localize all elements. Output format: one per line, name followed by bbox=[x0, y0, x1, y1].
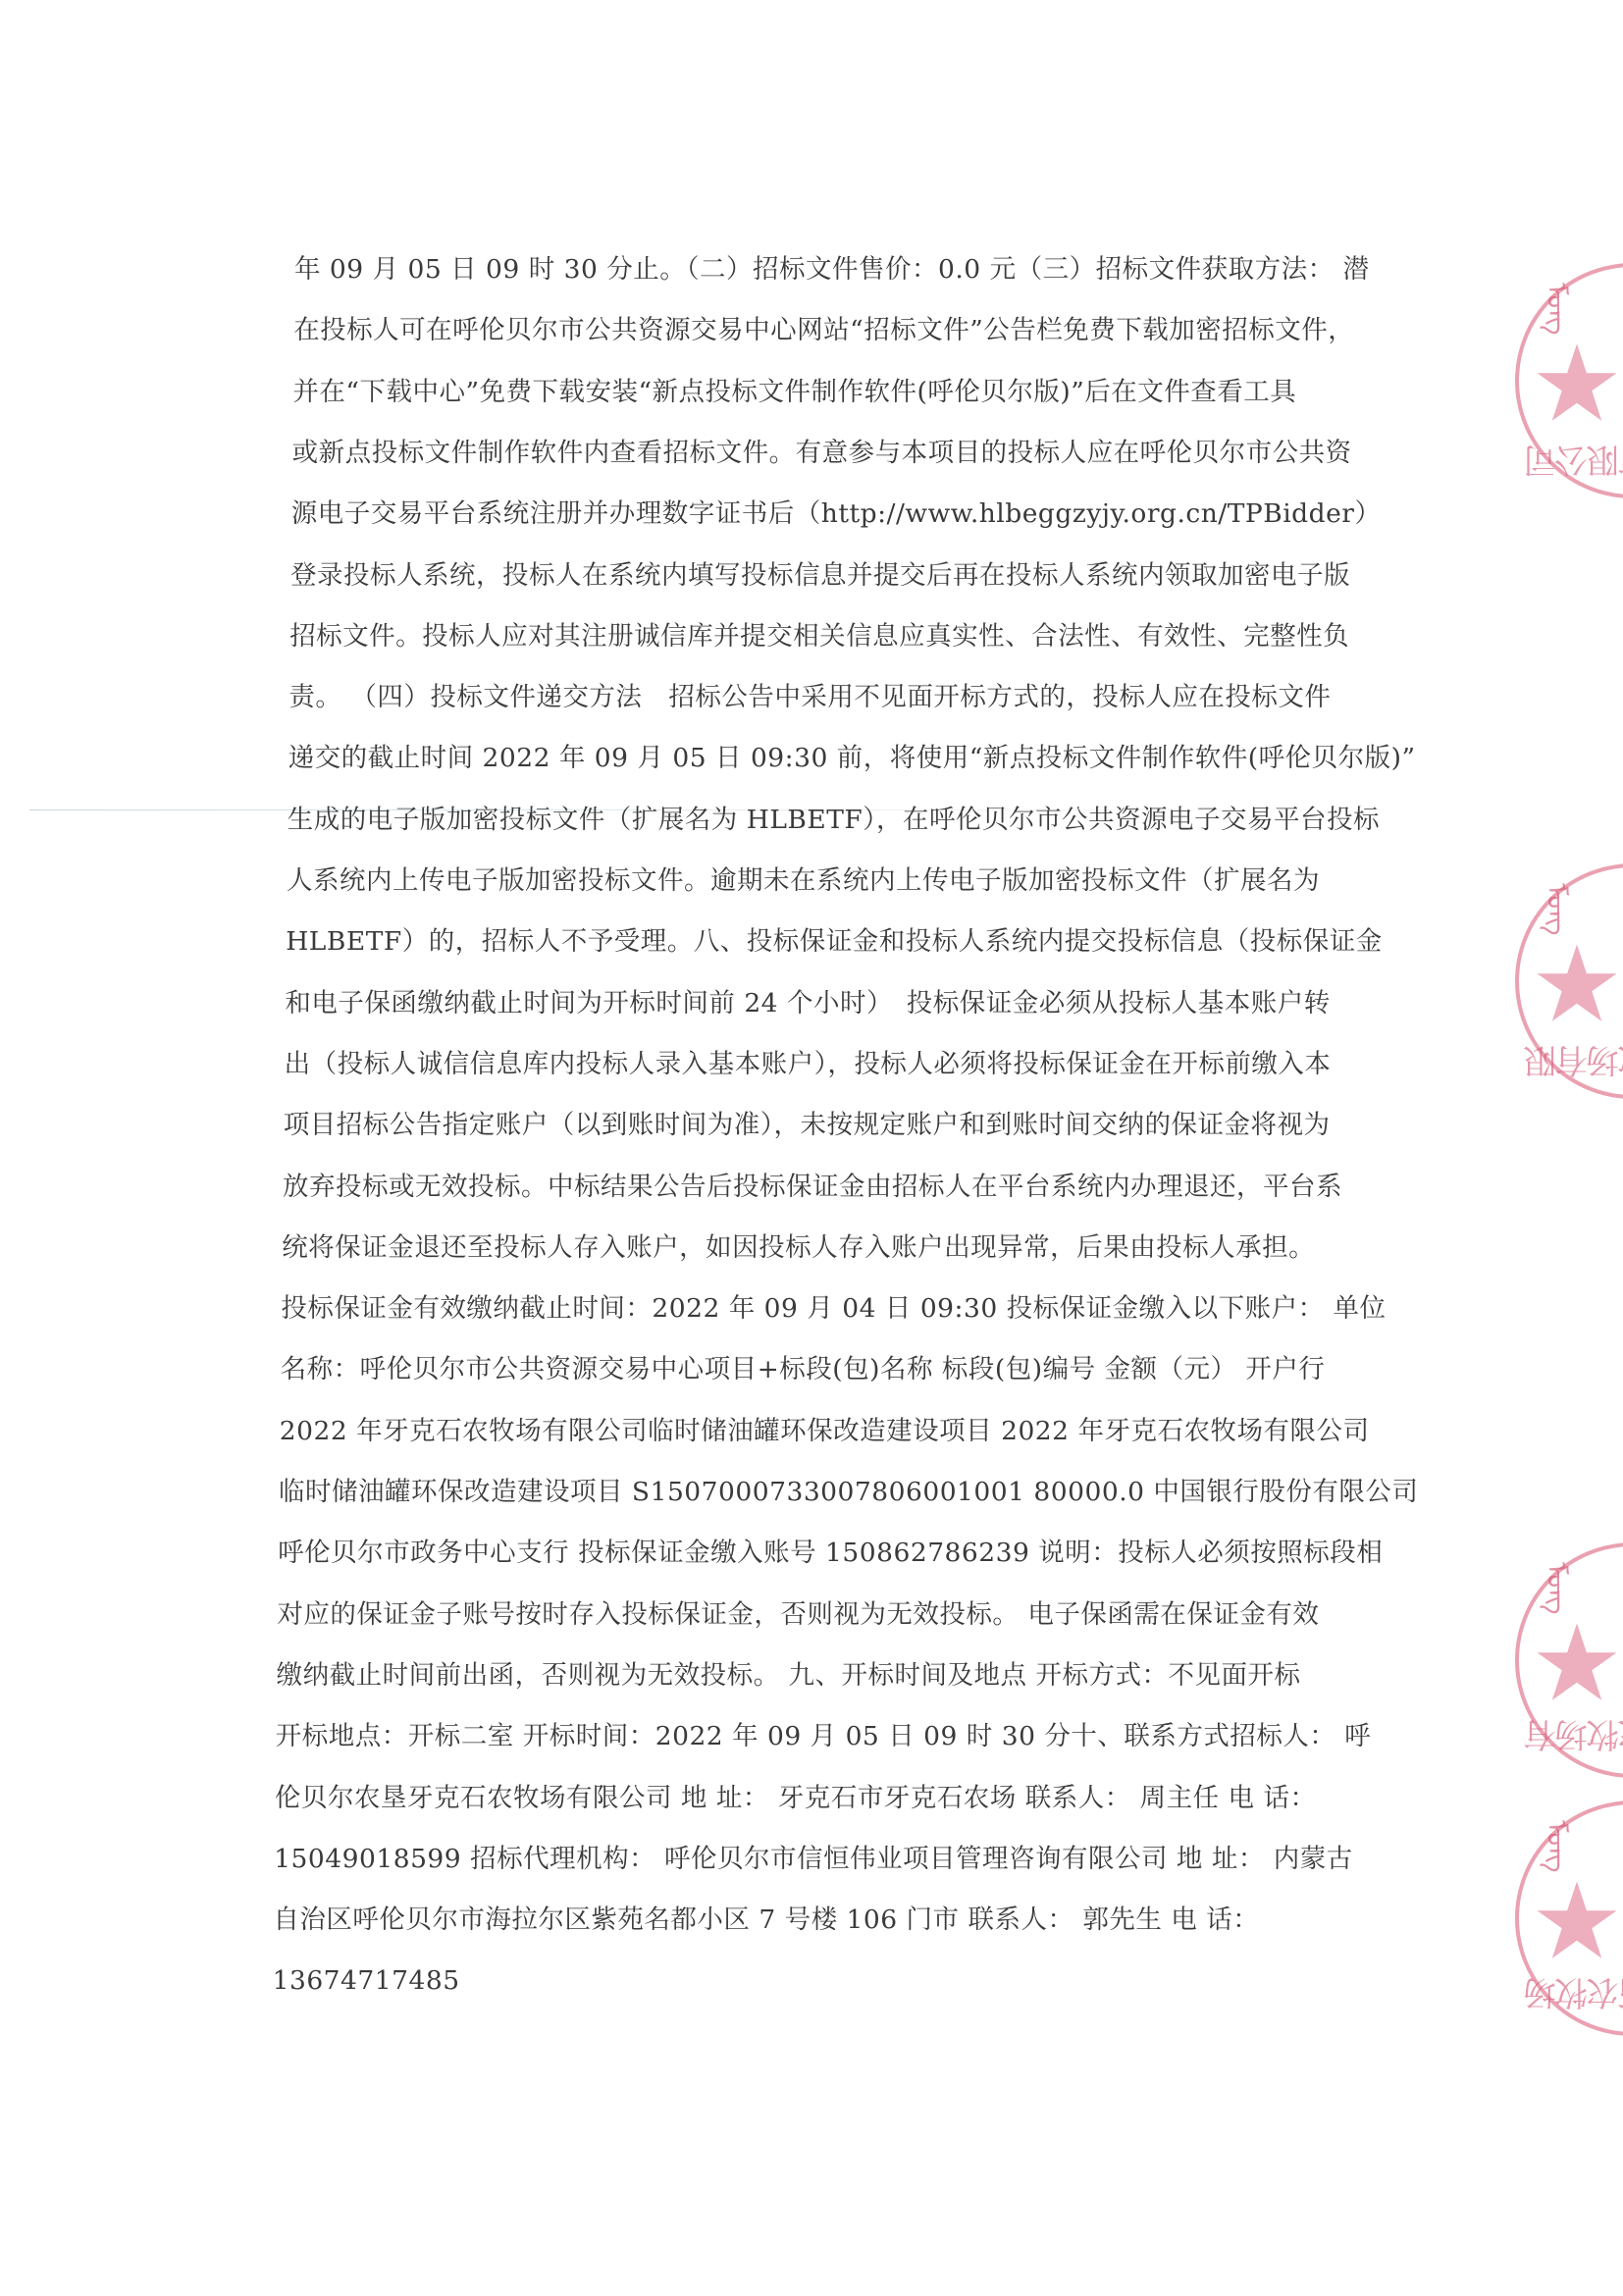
text-line: 投标保证金有效缴纳截止时间：2022 年 09 月 04 日 09:30 投标保… bbox=[281, 1294, 1386, 1324]
text-line: 伦贝尔农垦牙克石农牧场有限公司 地 址： 牙克石市牙克石农场 联系人： 周主任 … bbox=[275, 1784, 1316, 1813]
text-line: 自治区呼伦贝尔市海拉尔区紫苑名都小区 7 号楼 106 门市 联系人： 郭先生 … bbox=[273, 1905, 1259, 1935]
text-line: 年 09 月 05 日 09 时 30 分止。（二）招标文件售价：0.0 元（三… bbox=[294, 255, 1370, 285]
seal-fragment-3: ᠮᠣᠩ 农牧场有 bbox=[1515, 1542, 1623, 1783]
text-line: 责。 （四）投标文件递交方法 招标公告中采用不见面开标方式的，投标人应在投标文件 bbox=[288, 683, 1331, 712]
text-line: 递交的截止时间 2022 年 09 月 05 日 09:30 前，将使用“新点投… bbox=[288, 744, 1416, 773]
text-line: 出（投标人诚信信息库内投标人录入基本账户），投标人必须将投标保证金在开标前缴入本 bbox=[285, 1050, 1332, 1079]
seal-text: 牧场有限 bbox=[1525, 1039, 1623, 1087]
text-line: 在投标人可在呼伦贝尔市公共资源交易中心网站“招标文件”公告栏免费下载加密招标文件… bbox=[293, 316, 1354, 345]
text-line: 并在“下载中心”免费下载安装“新点投标文件制作软件(呼伦贝尔版)”后在文件查看工… bbox=[292, 378, 1296, 407]
text-line: 13674717485 bbox=[273, 1966, 460, 1996]
text-line: 统将保证金退还至投标人存入账户，如因投标人存入账户出现异常，后果由投标人承担。 bbox=[282, 1233, 1315, 1263]
text-line: 源电子交易平台系统注册并办理数字证书后（http://www.hlbeggzyj… bbox=[291, 499, 1382, 529]
seal-fragment-2: ᠮᠣᠩ 牧场有限 bbox=[1515, 863, 1623, 1109]
document-page: 年 09 月 05 日 09 时 30 分止。（二）招标文件售价：0.0 元（三… bbox=[0, 0, 1623, 2296]
star-icon bbox=[1533, 339, 1621, 428]
seal-mongolian-script: ᠮᠣᠩ bbox=[1533, 283, 1581, 335]
text-line: 名称：呼伦贝尔市公共资源交易中心项目+标段(包)名称 标段(包)编号 金额（元）… bbox=[281, 1355, 1326, 1384]
seal-mongolian-script: ᠮᠣᠩ bbox=[1533, 1820, 1581, 1872]
seal-text: 石农牧场 bbox=[1525, 1971, 1623, 2019]
text-line: 招标文件。投标人应对其注册诚信库并提交相关信息应真实性、合法性、有效性、完整性负 bbox=[289, 622, 1349, 652]
seal-mongolian-script: ᠮᠣᠩ bbox=[1533, 883, 1581, 935]
text-line: 或新点投标文件制作软件内查看招标文件。有意参与本项目的投标人应在呼伦贝尔市公共资 bbox=[292, 439, 1352, 468]
star-icon bbox=[1533, 1619, 1621, 1707]
text-line: 登录投标人系统，投标人在系统内填写投标信息并提交后再在投标人系统内领取加密电子版 bbox=[290, 561, 1350, 591]
text-line: 呼伦贝尔市政务中心支行 投标保证金缴入账号 150862786239 说明：投标… bbox=[278, 1539, 1383, 1568]
text-line: 放弃投标或无效投标。中标结果公告后投标保证金由招标人在平台系统内办理退还，平台系 bbox=[283, 1173, 1342, 1202]
text-line: 2022 年牙克石农牧场有限公司临时储油罐环保改造建设项目 2022 年牙克石农… bbox=[280, 1417, 1370, 1446]
text-line: 临时储油罐环保改造建设项目 S1507000733007806001001 80… bbox=[279, 1478, 1418, 1507]
star-icon bbox=[1533, 1877, 1621, 1965]
star-icon bbox=[1533, 940, 1621, 1028]
seal-mongolian-script: ᠮᠣᠩ bbox=[1533, 1562, 1581, 1614]
text-line: 开标地点：开标二室 开标时间：2022 年 09 月 05 日 09 时 30 … bbox=[276, 1722, 1371, 1751]
text-line: 对应的保证金子账号按时存入投标保证金，否则视为无效投标。 电子保函需在保证金有效 bbox=[277, 1600, 1319, 1630]
seal-fragment-4: ᠮᠣᠩ 石农牧场 bbox=[1515, 1800, 1623, 2041]
seal-text: 农牧场有 bbox=[1525, 1713, 1623, 1761]
text-line: 缴纳截止时间前出函，否则视为无效投标。 九、开标时间及地点 开标方式：不见面开标 bbox=[277, 1661, 1301, 1691]
text-line: HLBETF）的，招标人不予受理。八、投标保证金和投标人系统内提交投标信息（投标… bbox=[286, 927, 1383, 957]
text-line: 和电子保函缴纳截止时间为开标时间前 24 个小时） 投标保证金必须从投标人基本账… bbox=[285, 989, 1330, 1018]
text-line: 15049018599 招标代理机构： 呼伦贝尔市信恒伟业项目管理咨询有限公司 … bbox=[274, 1845, 1353, 1874]
text-line: 人系统内上传电子版加密投标文件。逾期未在系统内上传电子版加密投标文件（扩展名为 bbox=[287, 866, 1320, 896]
seal-fragment-1: ᠮᠣᠩ 有限公司 bbox=[1515, 263, 1623, 508]
seal-text: 有限公司 bbox=[1525, 439, 1623, 487]
text-line: 生成的电子版加密投标文件（扩展名为 HLBETF），在呼伦贝尔市公共资源电子交易… bbox=[288, 806, 1380, 835]
text-line: 项目招标公告指定账户（以到账时间为准），未按规定账户和到账时间交纳的保证金将视为 bbox=[284, 1111, 1331, 1140]
